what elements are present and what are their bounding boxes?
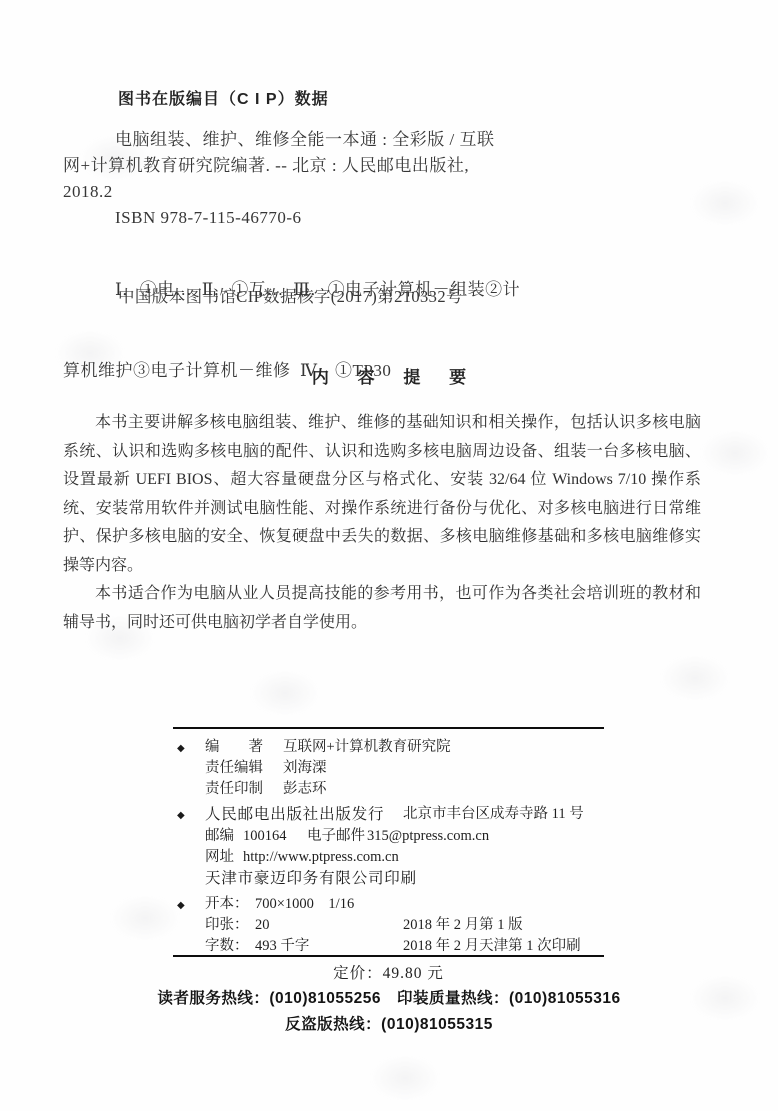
watermark-smudge [370,1055,440,1101]
piracy-hotline-label: 反盗版热线： [285,1016,381,1033]
words-value: 493 千字 [255,938,309,954]
email-value: 315@ptpress.com.cn [367,828,489,844]
website-value: http://www.ptpress.com.cn [243,849,399,865]
colophon-row-format: ◆ 开本：700×1000 1/16 [173,894,604,915]
reader-hotline-number: (010)81055256 [269,990,381,1007]
sheets-label: 印张： [205,915,255,936]
abstract-title: 内 容 提 要 [0,363,778,388]
colophon-row-contact: 邮编100164电子邮件315@ptpress.com.cn [173,826,604,847]
duty-editor-value: 刘海溧 [283,760,327,776]
watermark-smudge [690,180,760,226]
email-label: 电子邮件 [307,826,367,847]
diamond-bullet-icon: ◆ [177,805,185,826]
format-value: 700×1000 1/16 [255,896,354,912]
cip-entry-line: 电脑组装、维护、维修全能一本通 : 全彩版 / 互联 [63,127,543,153]
piracy-hotline-number: (010)81055315 [381,1016,493,1033]
colophon-box: ◆ 编 著互联网+计算机教育研究院 责任编辑刘海溧 责任印制彭志环 ◆ 人民邮电… [173,727,604,957]
hotline-line-1: 读者服务热线：(010)81055256印装质量热线：(010)81055316 [0,986,778,1008]
colophon-row-printer: 天津市豪迈印务有限公司印刷 [173,868,604,890]
colophon-row-duty-editor: 责任编辑刘海溧 [173,758,604,779]
hotline-line-2: 反盗版热线：(010)81055315 [0,1012,778,1034]
diamond-bullet-icon: ◆ [177,895,185,916]
author-label: 编 著 [205,737,283,758]
price-line: 定价：49.80 元 [173,961,604,983]
publisher-name: 人民邮电出版社出版发行 [205,806,384,823]
colophon-row-publisher: ◆ 人民邮电出版社出版发行 北京市丰台区成寿寺路 11 号 [173,804,604,826]
watermark-smudge [110,895,180,941]
duty-printer-label: 责任印制 [205,779,283,800]
colophon-row-duty-printer: 责任印制彭志环 [173,779,604,800]
format-label: 开本： [205,894,255,915]
duty-printer-value: 彭志环 [283,781,327,797]
book-copyright-page: 图书在版编目（C I P）数据 电脑组装、维护、维修全能一本通 : 全彩版 / … [0,0,778,1111]
watermark-smudge [250,670,320,716]
printer-name: 天津市豪迈印务有限公司印刷 [205,870,417,887]
colophon-row-website: 网址http://www.ptpress.com.cn [173,847,604,868]
reader-hotline-label: 读者服务热线： [157,990,269,1007]
sheets-value: 20 [255,917,270,933]
colophon-row-author: ◆ 编 著互联网+计算机教育研究院 [173,737,604,758]
duty-editor-label: 责任编辑 [205,758,283,779]
cip-registry-number: 中国版本图书馆CIP数据核字(2017)第210332号 [118,283,463,307]
website-label: 网址 [205,847,243,868]
colophon-row-sheets: 印张：20 2018 年 2 月第 1 版 [173,915,604,936]
words-label: 字数： [205,936,255,957]
cip-header: 图书在版编目（C I P）数据 [118,86,329,109]
author-value: 互联网+计算机教育研究院 [283,739,451,755]
publisher-address: 北京市丰台区成寿寺路 11 号 [403,804,584,825]
cip-entry-block: 电脑组装、维护、维修全能一本通 : 全彩版 / 互联 网+计算机教育研究院编著.… [63,127,543,231]
postcode-value: 100164 [243,826,307,847]
diamond-bullet-icon: ◆ [177,738,185,759]
cip-entry-line: 2018.2 [63,179,543,205]
quality-hotline-label: 印装质量热线： [397,990,509,1007]
abstract-paragraph: 本书适合作为电脑从业人员提高技能的参考用书，也可作为各类社会培训班的教材和辅导书… [63,580,701,637]
cip-entry-line: 网+计算机教育研究院编著. -- 北京 : 人民邮电出版社, [63,153,543,179]
watermark-smudge [700,430,770,476]
abstract-paragraph: 本书主要讲解多核电脑组装、维护、维修的基础知识和相关操作，包括认识多核电脑系统、… [63,409,701,580]
colophon-row-words: 字数：493 千字 2018 年 2 月天津第 1 次印刷 [173,936,604,957]
watermark-smudge [660,655,730,701]
printing-info: 2018 年 2 月天津第 1 次印刷 [403,936,581,957]
postcode-label: 邮编 [205,826,243,847]
edition-info: 2018 年 2 月第 1 版 [403,915,523,936]
abstract-body: 本书主要讲解多核电脑组装、维护、维修的基础知识和相关操作，包括认识多核电脑系统、… [63,409,701,637]
quality-hotline-number: (010)81055316 [509,990,621,1007]
cip-classification-block: Ⅰ．①电… Ⅱ．①互… Ⅲ．①电子计算机－组装②计 算机维护③电子计算机－维修 … [63,222,563,438]
